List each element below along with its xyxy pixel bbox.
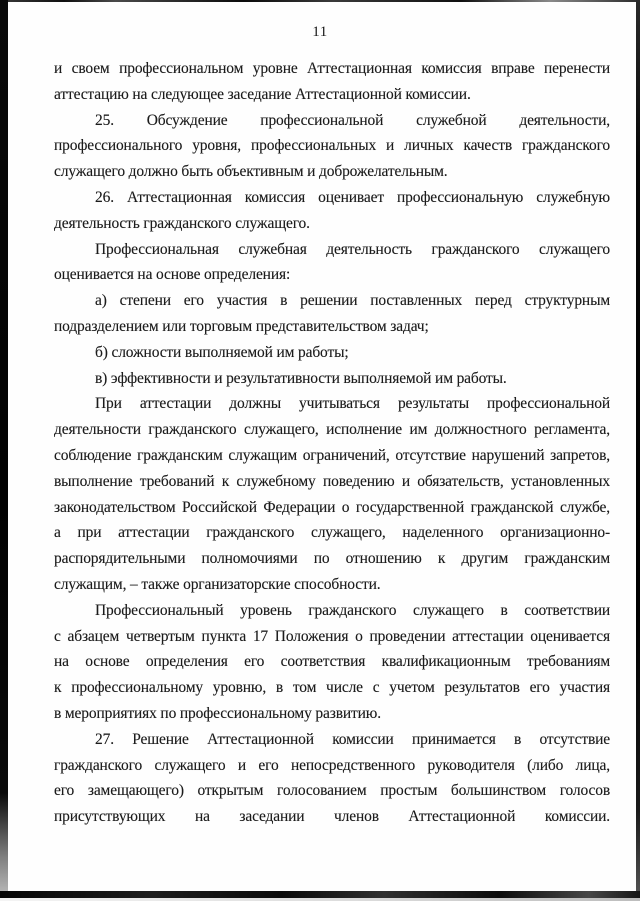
text-line: выполнение требований к служебному повед… [54, 469, 610, 495]
text-line: с абзацем четвертым пункта 17 Положения … [54, 624, 610, 650]
paragraph: и своем профессиональном уровне Аттестац… [54, 56, 610, 108]
paragraph: в) эффективности и результативности выпо… [54, 366, 610, 392]
paragraph: Профессиональный уровень гражданского сл… [54, 598, 610, 727]
text-line: его замещающего) открытым голосованием п… [54, 778, 610, 804]
text-line: профессионального уровня, профессиональн… [54, 133, 610, 159]
paragraph: а) степени его участия в решении поставл… [54, 288, 610, 340]
scan-edge-left [0, 0, 8, 901]
text-line: деятельности гражданского служащего, исп… [54, 417, 610, 443]
document-page: 11 и своем профессиональном уровне Аттес… [0, 0, 640, 901]
paragraph: При аттестации должны учитываться резуль… [54, 391, 610, 597]
text-line: в) эффективности и результативности выпо… [54, 366, 610, 392]
text-line: аттестацию на следующее заседание Аттест… [54, 82, 610, 108]
text-line: распорядительными полномочиями по отноше… [54, 546, 610, 572]
text-line: Профессиональная служебная деятельность … [54, 237, 610, 263]
paragraph: б) сложности выполняемой им работы; [54, 340, 610, 366]
text-line: а при аттестации гражданского служащего,… [54, 520, 610, 546]
text-line: к профессиональному уровню, в том числе … [54, 675, 610, 701]
paragraph: 25. Обсуждение профессиональной служебно… [54, 108, 610, 185]
text-line: деятельность гражданского служащего. [54, 211, 610, 237]
text-line: в мероприятиях по профессиональному разв… [54, 701, 610, 727]
paragraph: Профессиональная служебная деятельность … [54, 237, 610, 289]
document-body: и своем профессиональном уровне Аттестац… [54, 56, 610, 830]
text-line: 27. Решение Аттестационной комиссии прин… [54, 727, 610, 753]
text-line: При аттестации должны учитываться резуль… [54, 391, 610, 417]
page-number: 11 [0, 24, 640, 41]
paragraph: 26. Аттестационная комиссия оценивает пр… [54, 185, 610, 237]
text-line: 26. Аттестационная комиссия оценивает пр… [54, 185, 610, 211]
text-line: на основе определения его соответствия к… [54, 649, 610, 675]
text-line: законодательством Российской Федерации о… [54, 495, 610, 521]
scan-edge-top [0, 0, 640, 2]
text-line: оценивается на основе определения: [54, 262, 610, 288]
scan-edge-right [636, 0, 640, 901]
text-line: гражданского служащего и его непосредств… [54, 753, 610, 779]
text-line: служащим, – также организаторские способ… [54, 572, 610, 598]
text-line: служащего должно быть объективным и добр… [54, 159, 610, 185]
text-line: б) сложности выполняемой им работы; [54, 340, 610, 366]
text-line: 25. Обсуждение профессиональной служебно… [54, 108, 610, 134]
text-line: а) степени его участия в решении поставл… [54, 288, 610, 314]
text-line: и своем профессиональном уровне Аттестац… [54, 56, 610, 82]
text-line: соблюдение гражданским служащим ограниче… [54, 443, 610, 469]
scan-edge-bottom [0, 891, 640, 898]
text-line: подразделением или торговым представител… [54, 314, 610, 340]
paragraph: 27. Решение Аттестационной комиссии прин… [54, 727, 610, 830]
text-line: Профессиональный уровень гражданского сл… [54, 598, 610, 624]
text-line: присутствующих на заседании членов Аттес… [54, 804, 610, 830]
